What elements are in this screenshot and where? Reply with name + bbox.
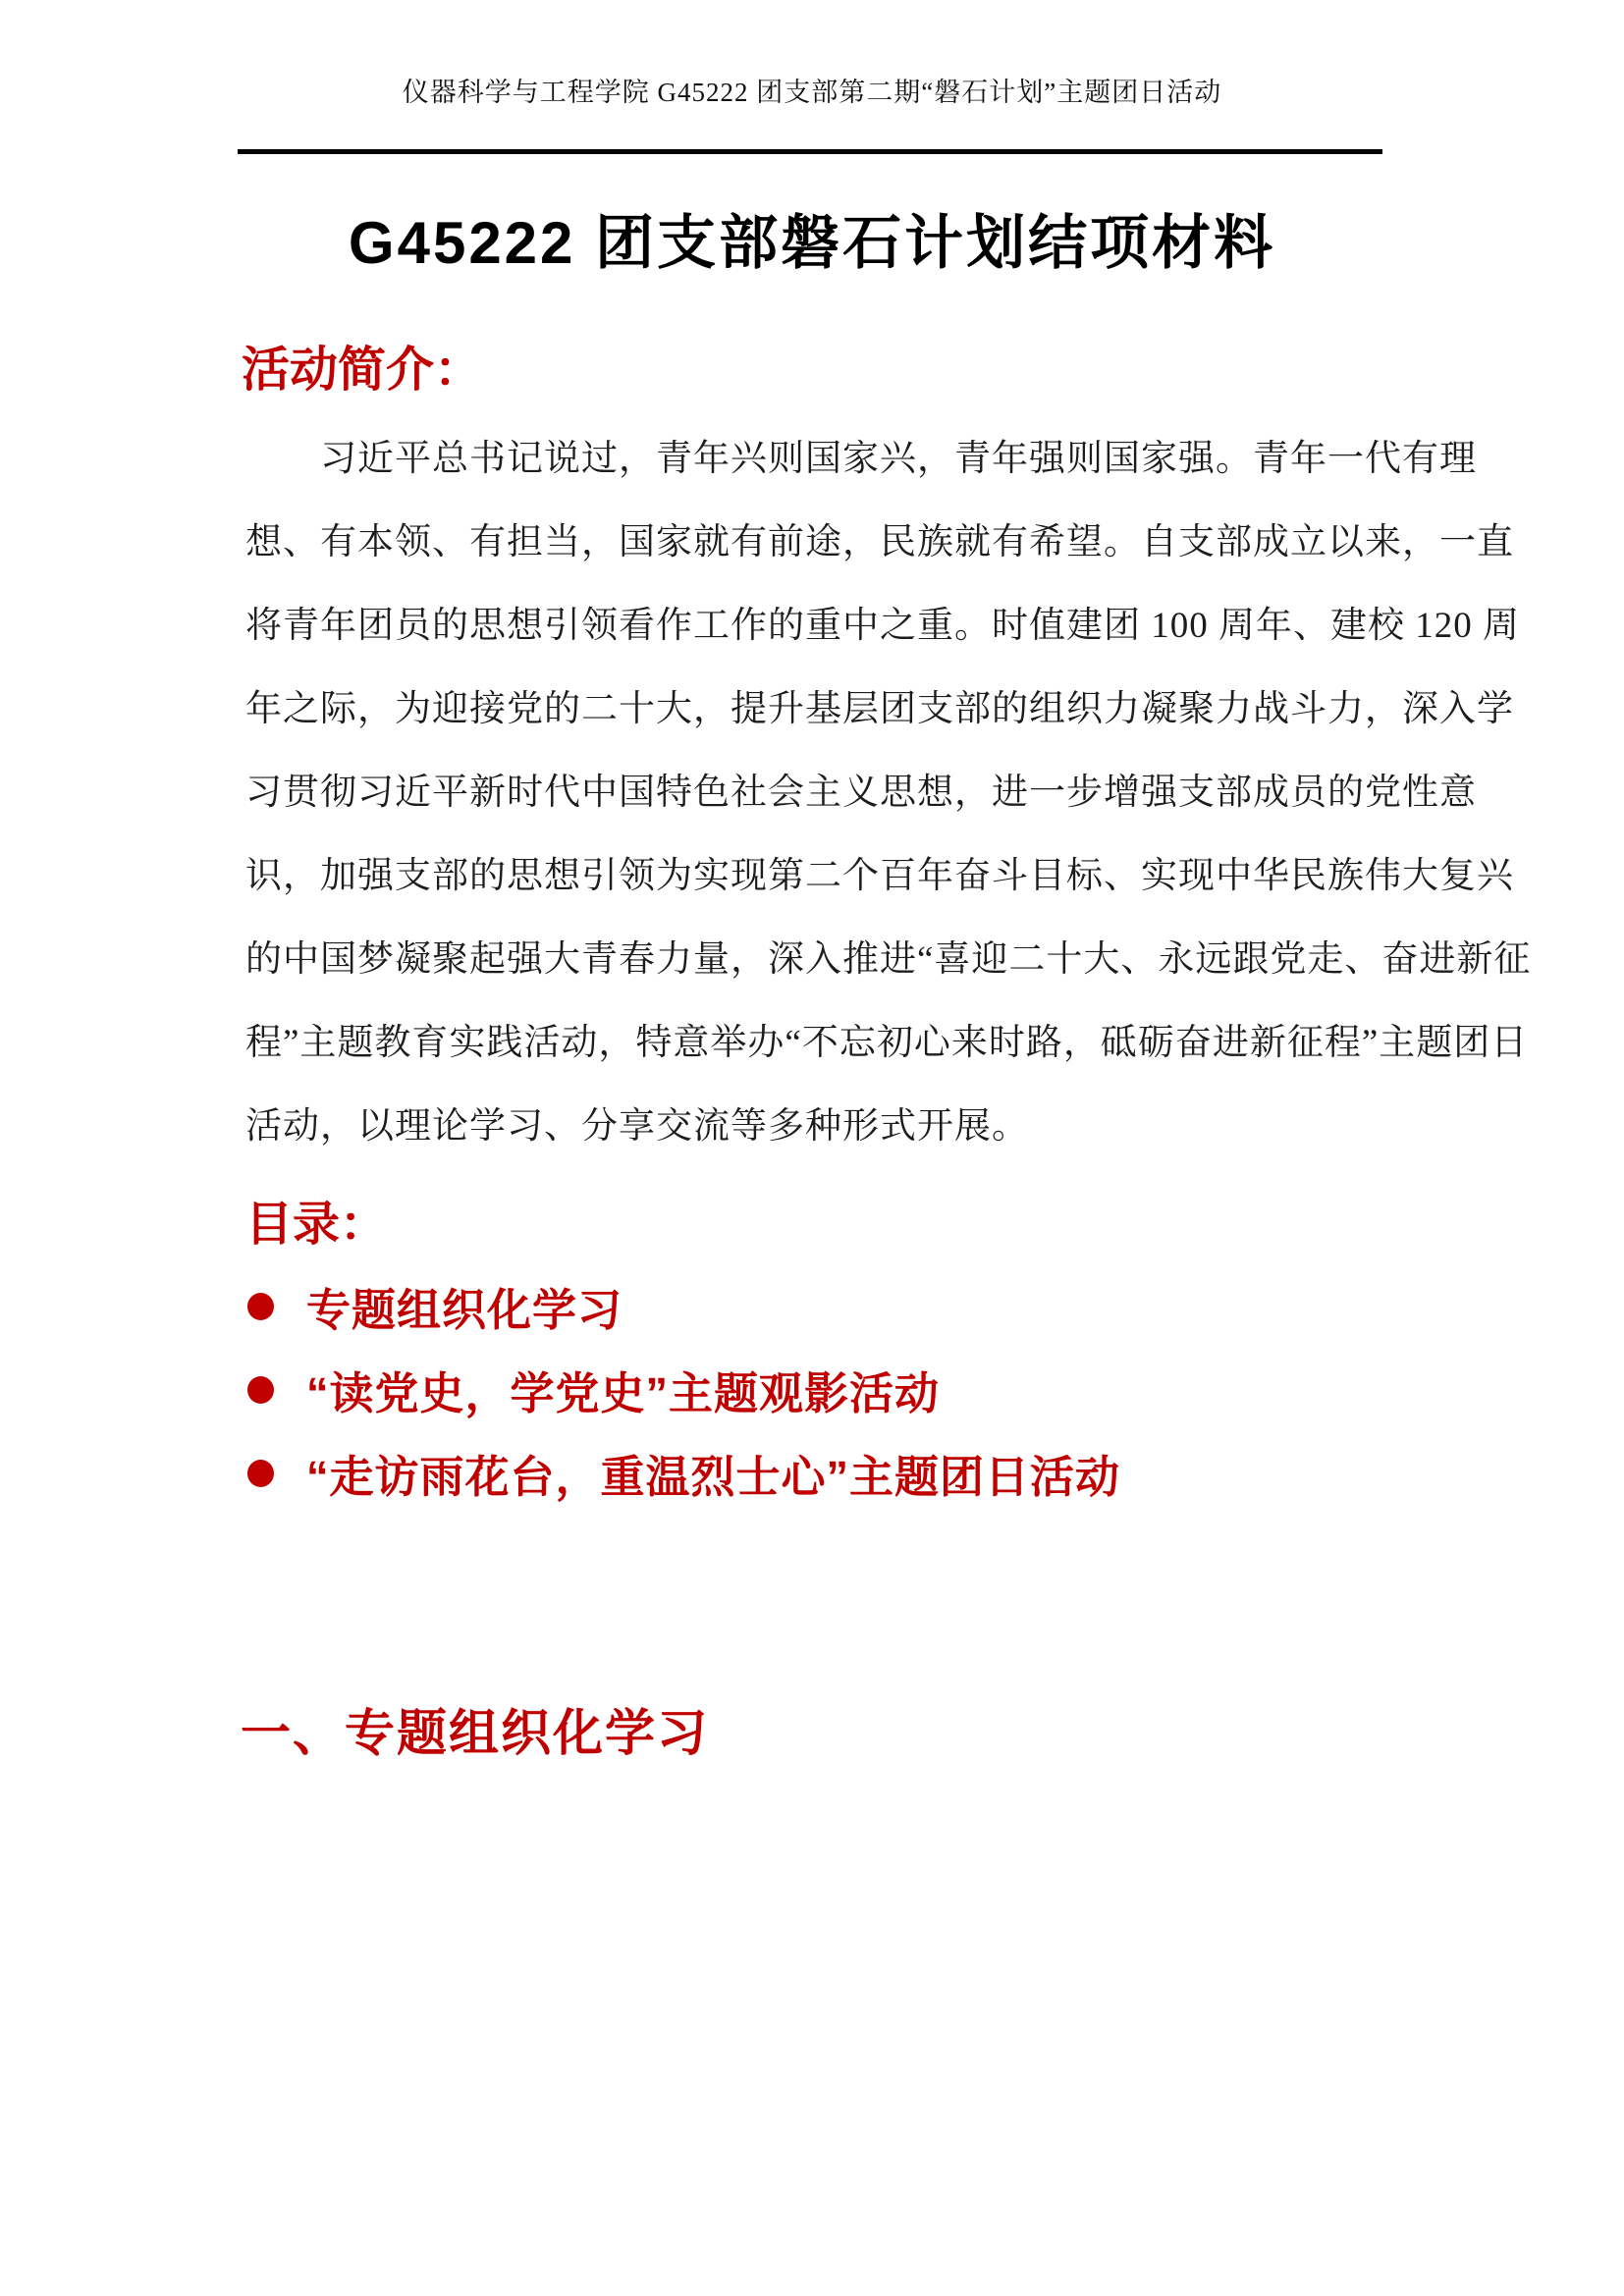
paragraph-line: 想、有本领、有担当，国家就有前途，民族就有希望。自支部成立以来，一直 — [245, 501, 1390, 584]
toc-list: 专题组织化学习 “读党史，学党史”主题观影活动 “走访雨花台，重温烈士心”主题团… — [247, 1264, 1120, 1515]
toc-heading: 目录： — [245, 1186, 387, 1254]
document-title: G45222 团支部磐石计划结项材料 — [0, 196, 1624, 281]
toc-item: “读党史，学党史”主题观影活动 — [247, 1348, 1120, 1431]
toc-item-label: 专题组织化学习 — [306, 1274, 623, 1338]
toc-item: “走访雨花台，重温烈士心”主题团日活动 — [247, 1431, 1120, 1515]
page-header-text: 仪器科学与工程学院 G45222 团支部第二期“磐石计划”主题团日活动 — [0, 71, 1624, 109]
section-1-heading: 一、专题组织化学习 — [241, 1692, 709, 1765]
bullet-icon — [247, 1293, 274, 1320]
paragraph-line: 程”主题教育实践活动，特意举办“不忘初心来时路，砥砺奋进新征程”主题团日 — [245, 1001, 1390, 1085]
paragraph-line: 活动，以理论学习、分享交流等多种形式开展。 — [245, 1085, 1390, 1168]
paragraph-line: 识，加强支部的思想引领为实现第二个百年奋斗目标、实现中华民族伟大复兴 — [245, 834, 1390, 918]
paragraph-line: 习贯彻习近平新时代中国特色社会主义思想，进一步增强支部成员的党性意 — [245, 751, 1390, 834]
paragraph-line: 将青年团员的思想引领看作工作的重中之重。时值建团 100 周年、建校 120 周 — [245, 584, 1390, 667]
toc-item-label: “读党史，学党史”主题观影活动 — [306, 1358, 940, 1421]
bullet-icon — [247, 1376, 274, 1404]
paragraph-line: 年之际，为迎接党的二十大，提升基层团支部的组织力凝聚力战斗力，深入学 — [245, 667, 1390, 751]
paragraph-line: 习近平总书记说过，青年兴则国家兴，青年强则国家强。青年一代有理 — [245, 417, 1390, 501]
toc-item-label: “走访雨花台，重温烈士心”主题团日活动 — [306, 1441, 1120, 1505]
paragraph-line: 的中国梦凝聚起强大青春力量，深入推进“喜迎二十大、永远跟党走、奋进新征 — [245, 918, 1390, 1001]
toc-item: 专题组织化学习 — [247, 1264, 1120, 1348]
document-page: 仪器科学与工程学院 G45222 团支部第二期“磐石计划”主题团日活动 G452… — [0, 0, 1624, 2296]
header-rule — [238, 149, 1382, 154]
intro-heading: 活动简介： — [242, 332, 482, 400]
bullet-icon — [247, 1460, 274, 1487]
intro-paragraph: 习近平总书记说过，青年兴则国家兴，青年强则国家强。青年一代有理 想、有本领、有担… — [245, 417, 1390, 1168]
